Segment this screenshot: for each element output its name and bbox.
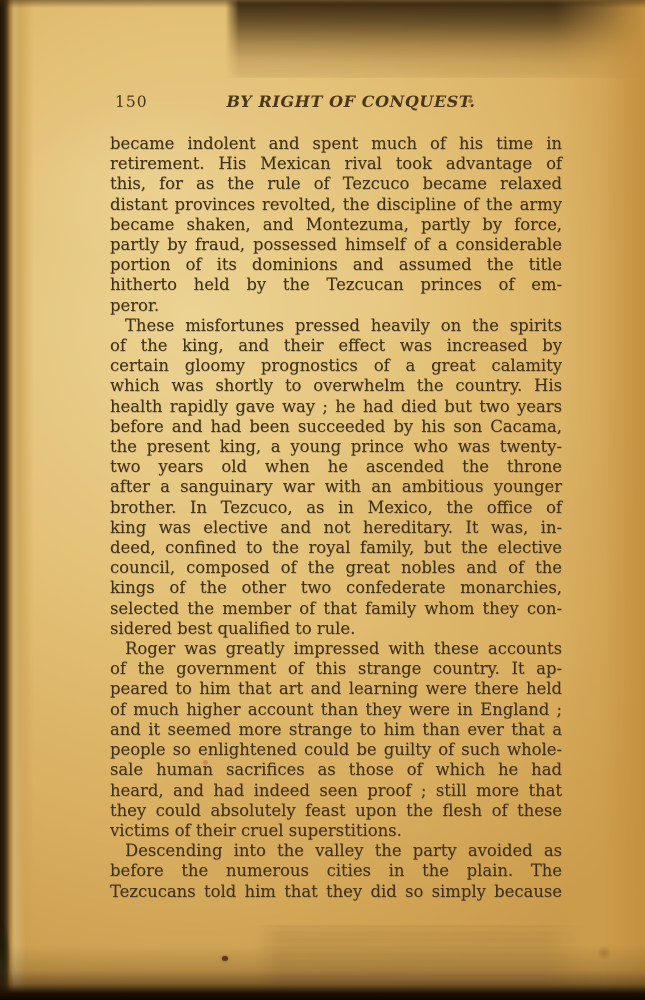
text-line: peror. (110, 296, 562, 316)
text-line: sidered best qualified to rule. (110, 619, 562, 639)
text-line: of much higher account than they were in… (110, 700, 562, 720)
text-line: victims of their cruel superstitions. (110, 821, 562, 841)
text-line: distant provinces revolted, the discipli… (110, 195, 562, 215)
paper-stain (596, 946, 612, 960)
text-line: retirement. His Mexican rival took advan… (110, 154, 562, 174)
text-line: health rapidly gave way ; he had died bu… (110, 397, 562, 417)
page-edge-top (0, 0, 645, 8)
text-line: Tezcucans told him that they did so simp… (110, 882, 562, 902)
text-line: Roger was greatly impressed with these a… (110, 639, 562, 659)
text-line: king was elective and not hereditary. It… (110, 518, 562, 538)
text-line: council, composed of the great nobles an… (110, 558, 562, 578)
paragraph: Roger was greatly impressed with these a… (110, 639, 562, 841)
text-line: before and had been succeeded by his son… (110, 417, 562, 437)
text-block: became indolent and spent much of his ti… (110, 134, 562, 902)
text-line: selected the member of that family whom … (110, 599, 562, 619)
text-line: before the numerous cities in the plain.… (110, 861, 562, 881)
text-line: this, for as the rule of Tezcuco became … (110, 174, 562, 194)
book-page-scan: 150 BY RIGHT OF CONQUEST. became indolen… (0, 0, 645, 1000)
text-line: and it seemed more strange to him than e… (110, 720, 562, 740)
page-edge-bottom (0, 945, 645, 1000)
text-line: which was shortly to overwhelm the count… (110, 376, 562, 396)
text-line: hitherto held by the Tezcucan princes of… (110, 275, 562, 295)
text-line: portion of its dominions and assumed the… (110, 255, 562, 275)
text-line: two years old when he ascended the thron… (110, 457, 562, 477)
text-line: after a sanguinary war with an ambitious… (110, 477, 562, 497)
text-line: the present king, a young prince who was… (110, 437, 562, 457)
text-line: kings of the other two confederate monar… (110, 578, 562, 598)
running-title: BY RIGHT OF CONQUEST. (140, 92, 562, 111)
ink-speck (222, 956, 228, 961)
text-line: heard, and had indeed seen proof ; still… (110, 781, 562, 801)
text-line: Descending into the valley the party avo… (110, 841, 562, 861)
text-line: certain gloomy prognostics of a great ca… (110, 356, 562, 376)
paragraph: These misfortunes pressed heavily on the… (110, 316, 562, 639)
text-line: sale human sacrifices as those of which … (110, 760, 562, 780)
text-line: they could absolutely feast upon the fle… (110, 801, 562, 821)
text-line: of the government of this strange countr… (110, 659, 562, 679)
page-edge-right (555, 0, 645, 1000)
paragraph: became indolent and spent much of his ti… (110, 134, 562, 316)
paragraph: Descending into the valley the party avo… (110, 841, 562, 902)
text-line: These misfortunes pressed heavily on the… (110, 316, 562, 336)
text-line: peared to him that art and learning were… (110, 679, 562, 699)
binding-edge (0, 0, 34, 1000)
text-line: partly by fraud, possessed himself of a … (110, 235, 562, 255)
text-line: became shaken, and Montezuma, partly by … (110, 215, 562, 235)
text-line: people so enlightened could be guilty of… (110, 740, 562, 760)
text-line: deed, confined to the royal family, but … (110, 538, 562, 558)
text-line: became indolent and spent much of his ti… (110, 134, 562, 154)
text-line: of the king, and their effect was increa… (110, 336, 562, 356)
text-line: brother. In Tezcuco, as in Mexico, the o… (110, 498, 562, 518)
